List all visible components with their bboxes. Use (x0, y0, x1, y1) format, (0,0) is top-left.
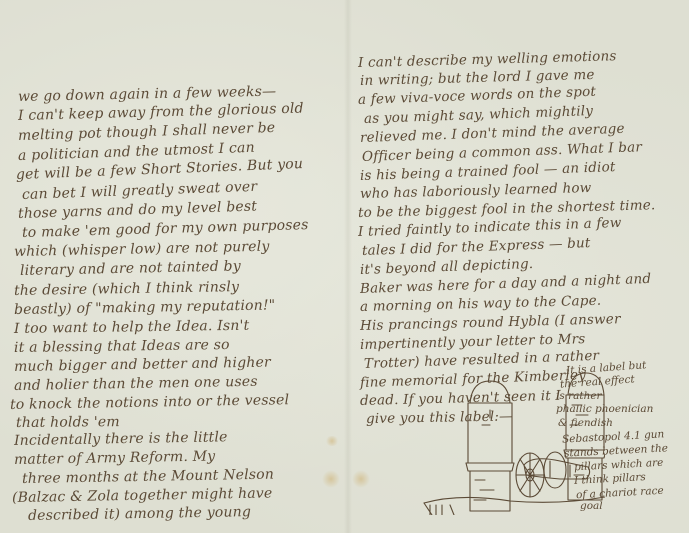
letter-spread: we go down again in a few weeks— I can't… (0, 0, 689, 533)
cannon-memorial-sketch (420, 355, 605, 515)
left-line: matter of Army Reform. My (14, 448, 216, 468)
left-line: literary and are not tainted by (20, 258, 241, 279)
right-line: who has laboriously learned how (360, 180, 592, 202)
left-line: the desire (which I think rinsly (14, 279, 239, 299)
left-line: much bigger and better and higher (14, 355, 271, 375)
left-page: we go down again in a few weeks— I can't… (0, 0, 344, 533)
cannon-pillars-icon (420, 355, 605, 515)
page-fold (344, 0, 352, 533)
left-line: to knock the notions into or the vessel (10, 392, 290, 413)
left-line: which (whisper low) are not purely (14, 239, 270, 260)
left-line: (Balzac & Zola together might have (12, 485, 273, 506)
left-line: I too want to help the Idea. Isn't (14, 318, 250, 337)
left-line: that holds 'em (16, 414, 120, 431)
left-line: three months at the Mount Nelson (22, 467, 274, 487)
left-line: beastly) of "making my reputation!" (14, 297, 276, 318)
right-line: it's beyond all depicting. (360, 256, 534, 278)
left-line: Incidentally there is the little (14, 429, 228, 449)
left-line: and holier than the men one uses (14, 374, 258, 394)
left-line: it a blessing that Ideas are so (14, 337, 230, 356)
left-line: described it) among the young (28, 504, 251, 524)
left-line: to make 'em good for my own purposes (22, 217, 309, 241)
